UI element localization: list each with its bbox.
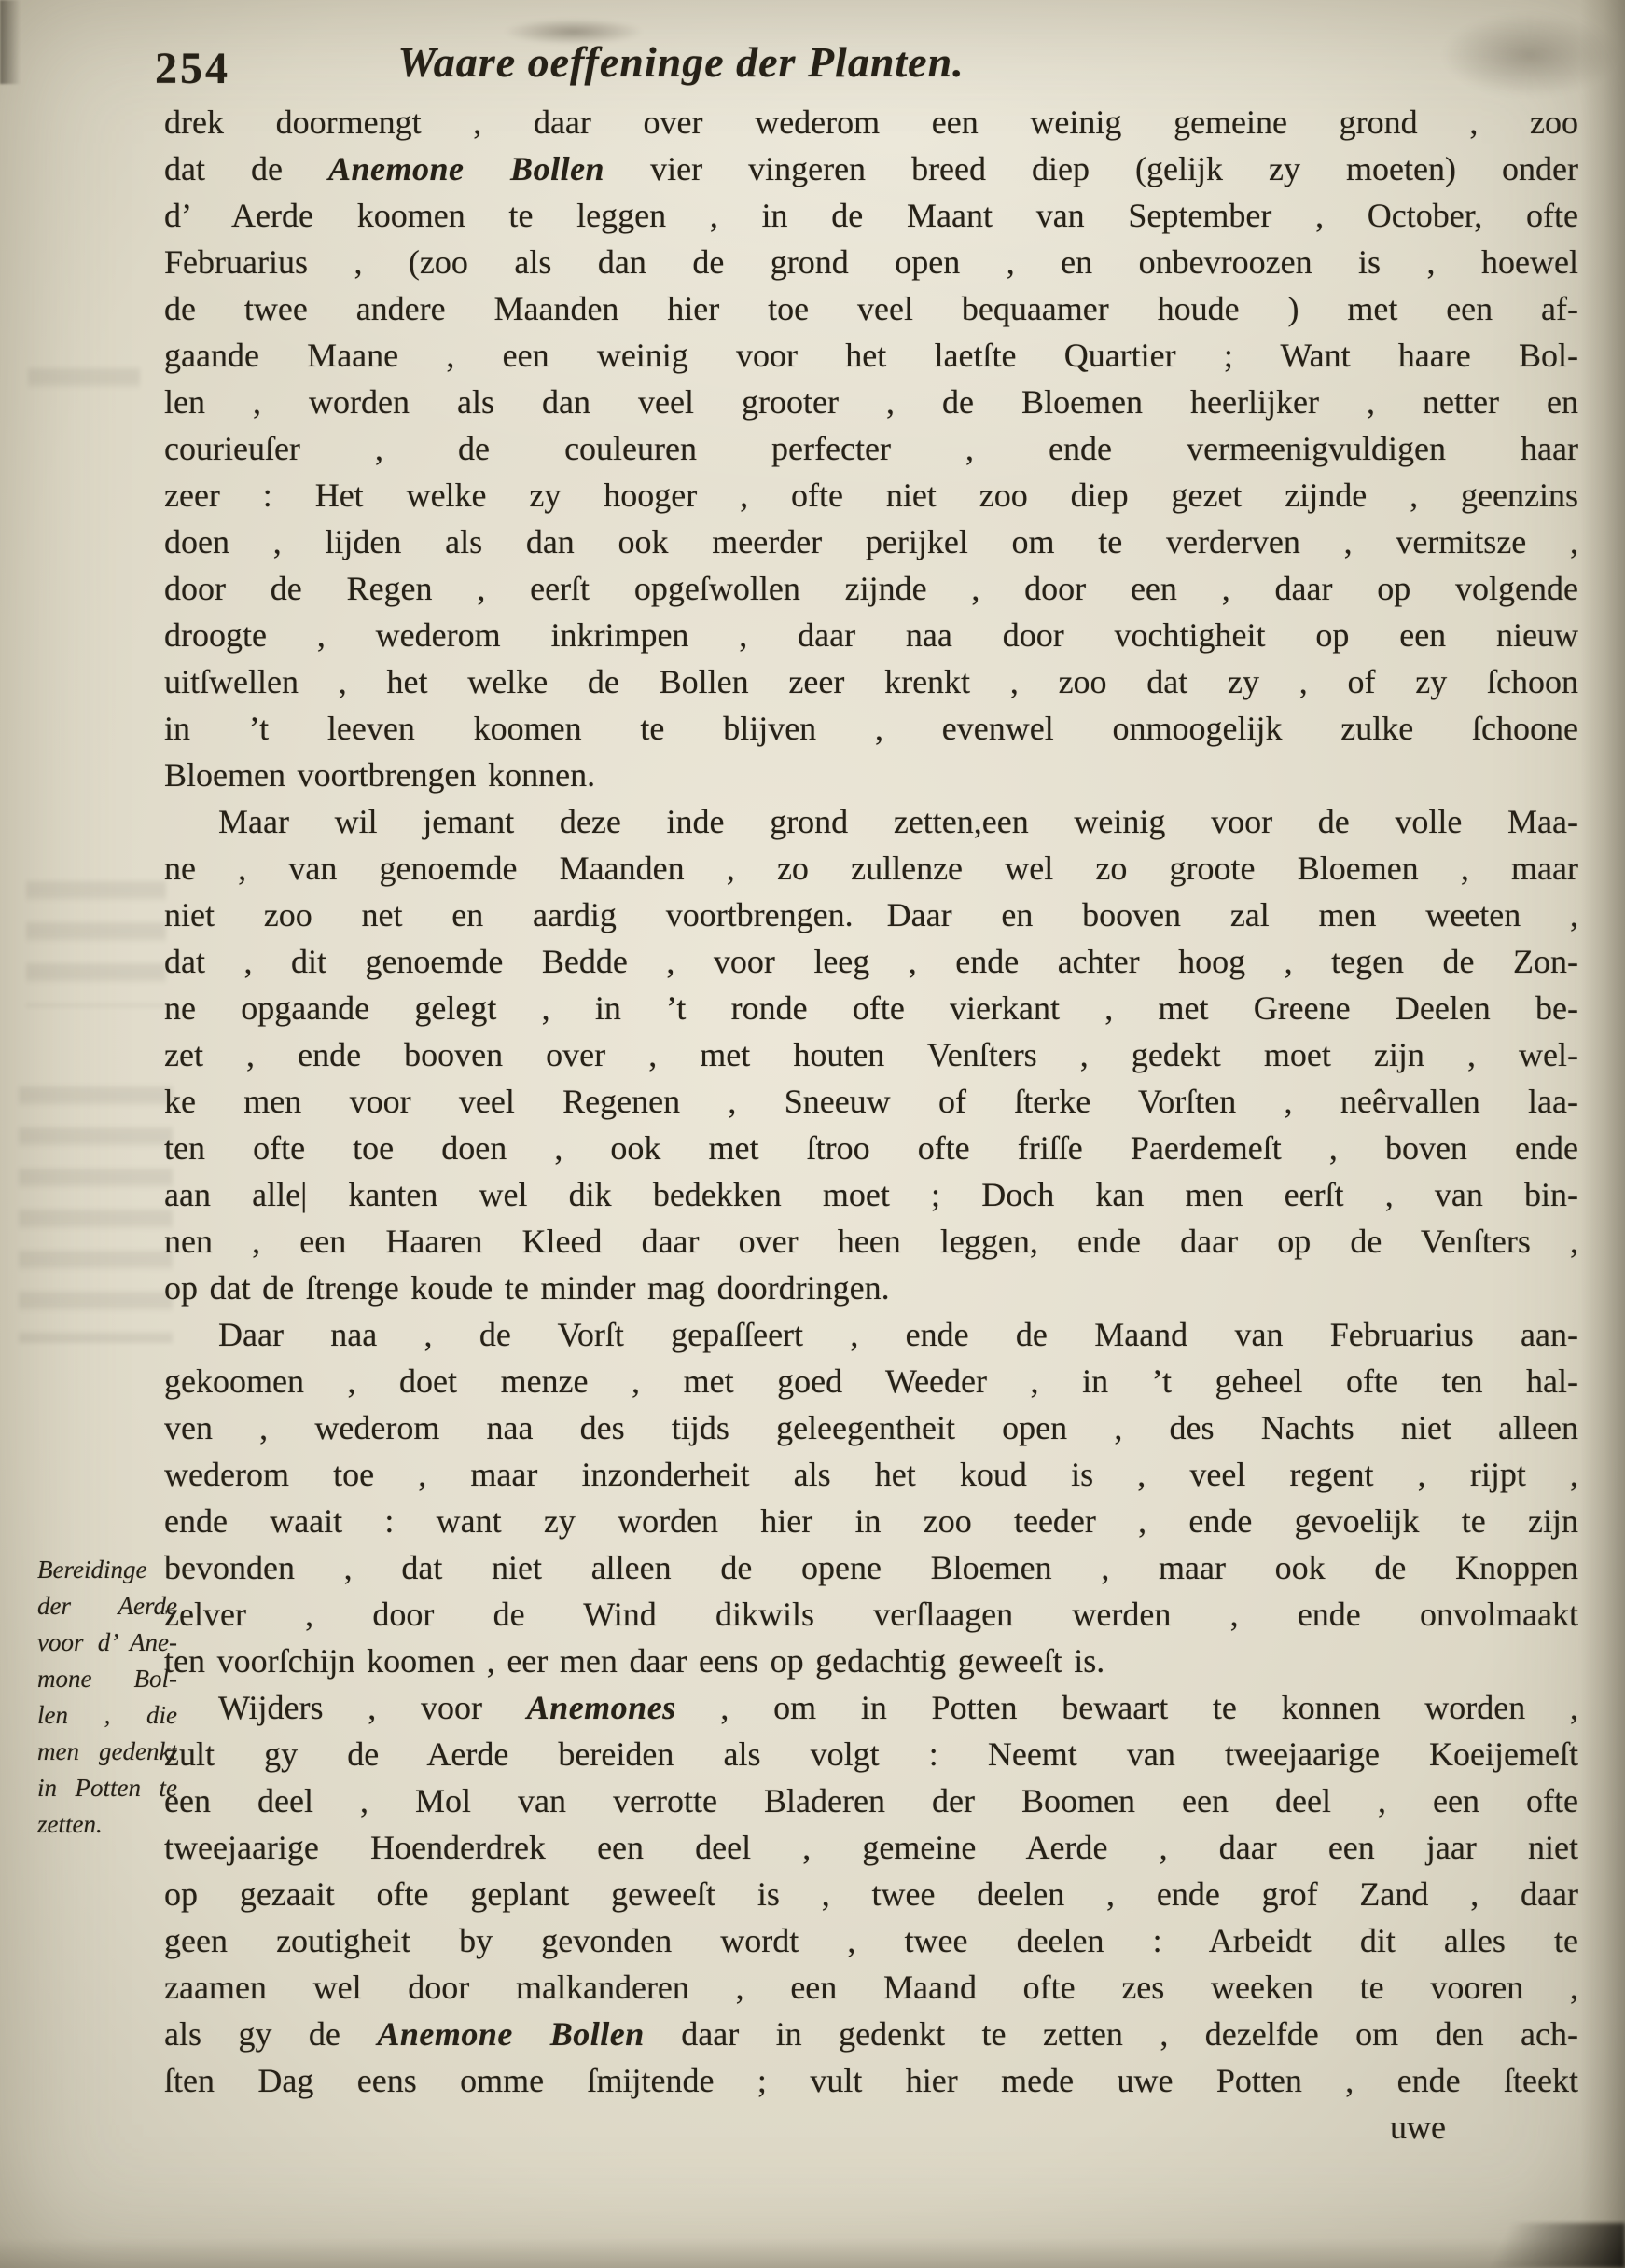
page-number: 254 (155, 43, 230, 94)
text-run: een deel , Mol van verrotte Bladeren der… (164, 1782, 1578, 1819)
body-text: drek doormengt , daar over wederom een w… (164, 99, 1578, 2104)
text-run: zelver , door de Wind dikwils verſlaagen… (164, 1596, 1578, 1633)
body-line: tweejaarige Hoenderdrek een deel , gemei… (164, 1824, 1578, 1871)
body-line: ne , van genoemde Maanden , zo zullenze … (164, 845, 1578, 892)
body-line: ven , wederom naa des tijds geleegenthei… (164, 1404, 1578, 1451)
body-line: door de Regen , eerſt opgeſwollen zijnde… (164, 565, 1578, 612)
body-line: ende waait : want zy worden hier in zoo … (164, 1498, 1578, 1544)
body-line: zaamen wel door malkanderen , een Maand … (164, 1964, 1578, 2011)
catchword: uwe (1259, 2108, 1446, 2147)
body-line: Daar naa , de Vorſt gepaſſeert , ende de… (164, 1311, 1578, 1358)
text-run: wederom toe , maar inzonderheit als het … (164, 1456, 1578, 1493)
text-run: op gezaait ofte geplant geweeſt is , twe… (164, 1875, 1578, 1913)
body-line: courieuſer , de couleuren perfecter , en… (164, 425, 1578, 472)
italic-phrase: Anemones (527, 1689, 676, 1726)
text-run: gaande Maane , een weinig voor het laetſ… (164, 337, 1578, 374)
body-line: gekoomen , doet menze , met goed Weeder … (164, 1358, 1578, 1404)
text-run: uitſwellen , het welke de Bollen zeer kr… (164, 663, 1578, 700)
text-run: door de Regen , eerſt opgeſwollen zijnde… (164, 570, 1578, 607)
text-run: aan alle| kanten wel dik bedekken moet ;… (164, 1176, 1578, 1213)
body-line: ke men voor veel Regenen , Sneeuw of ſte… (164, 1078, 1578, 1125)
text-run: zeer : Het welke zy hooger , ofte niet z… (164, 477, 1578, 514)
margin-note-line: der Aerde (37, 1588, 177, 1625)
bleedthrough-smudge (28, 354, 140, 403)
text-run: courieuſer , de couleuren perfecter , en… (164, 430, 1578, 467)
page-edge-shadow (0, 2238, 1625, 2268)
text-run: Maar wil jemant deze inde grond zetten,e… (218, 803, 1578, 840)
body-line: doen , lijden als dan ook meerder perijk… (164, 519, 1578, 565)
body-line: op dat de ſtrenge koude te minder mag do… (164, 1265, 1578, 1311)
page-edge-shadow (1438, 2223, 1625, 2268)
text-run: daar in gedenkt te zetten , dezelfde om … (645, 2015, 1578, 2053)
italic-phrase: Anemone Bollen (328, 150, 604, 187)
body-line: als gy de Anemone Bollen daar in gedenkt… (164, 2011, 1578, 2057)
body-line: zeer : Het welke zy hooger , ofte niet z… (164, 472, 1578, 519)
text-run: Bloemen voortbrengen konnen. (164, 756, 595, 794)
body-line: droogte , wederom inkrimpen , daar naa d… (164, 612, 1578, 658)
margin-note-line: Bereidinge (37, 1552, 177, 1588)
body-line: niet zoo net en aardig voortbrengen. Daa… (164, 892, 1578, 938)
body-line: een deel , Mol van verrotte Bladeren der… (164, 1777, 1578, 1824)
margin-note-line: men gedenkt (37, 1734, 177, 1770)
text-run: ten ofte toe doen , ook met ſtroo ofte f… (164, 1129, 1578, 1167)
body-line: op gezaait ofte geplant geweeſt is , twe… (164, 1871, 1578, 1917)
text-run: ne , van genoemde Maanden , zo zullenze … (164, 850, 1578, 887)
body-line: aan alle| kanten wel dik bedekken moet ;… (164, 1171, 1578, 1218)
text-run: als gy de (164, 2015, 377, 2053)
page-edge-shadow (1580, 0, 1625, 2268)
body-line: Februarius , (zoo als dan de grond open … (164, 239, 1578, 285)
text-run: niet zoo net en aardig voortbrengen. Daa… (164, 896, 1578, 933)
text-run: zult gy de Aerde bereiden als volgt : Ne… (164, 1736, 1578, 1773)
text-run: op dat de ſtrenge koude te minder mag do… (164, 1269, 890, 1307)
body-line: wederom toe , maar inzonderheit als het … (164, 1451, 1578, 1498)
body-line: Wijders , voor Anemones , om in Potten b… (164, 1684, 1578, 1731)
body-line: zelver , door de Wind dikwils verſlaagen… (164, 1591, 1578, 1638)
text-run: in ’t leeven koomen te blijven , evenwel… (164, 710, 1578, 747)
text-run: geen zoutigheit by gevonden wordt , twee… (164, 1922, 1578, 1959)
body-line: geen zoutigheit by gevonden wordt , twee… (164, 1917, 1578, 1964)
body-line: Maar wil jemant deze inde grond zetten,e… (164, 798, 1578, 845)
body-line: uitſwellen , het welke de Bollen zeer kr… (164, 658, 1578, 705)
body-line: zet , ende booven over , met houten Venſ… (164, 1031, 1578, 1078)
text-run: ven , wederom naa des tijds geleegenthei… (164, 1409, 1578, 1446)
text-run: tweejaarige Hoenderdrek een deel , gemei… (164, 1829, 1578, 1866)
text-run: dat , dit genoemde Bedde , voor leeg , e… (164, 943, 1578, 980)
body-line: d’ Aerde koomen te leggen , in de Maant … (164, 192, 1578, 239)
text-run: gekoomen , doet menze , met goed Weeder … (164, 1362, 1578, 1400)
body-line: de twee andere Maanden hier toe veel beq… (164, 285, 1578, 332)
text-run: droogte , wederom inkrimpen , daar naa d… (164, 616, 1578, 654)
margin-note-line: zetten. (37, 1806, 177, 1843)
bleedthrough-smudge (26, 867, 166, 1007)
text-run: drek doormengt , daar over wederom een w… (164, 104, 1578, 141)
margin-note-line: in Potten te (37, 1770, 177, 1806)
body-line: dat , dit genoemde Bedde , voor leeg , e… (164, 938, 1578, 985)
italic-phrase: Anemone Bollen (377, 2015, 644, 2053)
text-run: de twee andere Maanden hier toe veel beq… (164, 290, 1578, 327)
body-line: ten ofte toe doen , ook met ſtroo ofte f… (164, 1125, 1578, 1171)
text-run: bevonden , dat niet alleen de opene Bloe… (164, 1549, 1578, 1586)
margin-note-line: mone Bol- (37, 1661, 177, 1697)
body-line: ſten Dag eens omme ſmijtende ; vult hier… (164, 2057, 1578, 2104)
text-run: dat de (164, 150, 328, 187)
text-run: ten voorſchijn koomen , eer men daar een… (164, 1642, 1104, 1680)
bleedthrough-smudge (19, 1072, 173, 1343)
text-run: ke men voor veel Regenen , Sneeuw of ſte… (164, 1083, 1578, 1120)
body-line: in ’t leeven koomen te blijven , evenwel… (164, 705, 1578, 752)
margin-note-line: len , die (37, 1697, 177, 1734)
book-page: 254 Waare oeffeninge der Planten. Bereid… (0, 0, 1625, 2268)
text-run: vier vingeren breed diep (gelijk zy moet… (604, 150, 1578, 187)
text-run: len , worden als dan veel grooter , de B… (164, 383, 1578, 421)
body-line: nen , een Haaren Kleed daar over heen le… (164, 1218, 1578, 1265)
margin-note-line: voor d’ Ane- (37, 1625, 177, 1661)
body-line: gaande Maane , een weinig voor het laetſ… (164, 332, 1578, 379)
text-run: ende waait : want zy worden hier in zoo … (164, 1502, 1578, 1540)
text-run: ne opgaande gelegt , in ’t ronde ofte vi… (164, 989, 1578, 1027)
text-run: zet , ende booven over , met houten Venſ… (164, 1036, 1578, 1073)
body-line: ne opgaande gelegt , in ’t ronde ofte vi… (164, 985, 1578, 1031)
body-line: dat de Anemone Bollen vier vingeren bree… (164, 145, 1578, 192)
text-run: nen , een Haaren Kleed daar over heen le… (164, 1223, 1578, 1260)
body-line: Bloemen voortbrengen konnen. (164, 752, 1578, 798)
body-line: ten voorſchijn koomen , eer men daar een… (164, 1638, 1578, 1684)
text-run: doen , lijden als dan ook meerder perijk… (164, 523, 1578, 560)
text-run: d’ Aerde koomen te leggen , in de Maant … (164, 197, 1578, 234)
text-run: ſten Dag eens omme ſmijtende ; vult hier… (164, 2062, 1578, 2099)
body-line: len , worden als dan veel grooter , de B… (164, 379, 1578, 425)
text-run: Daar naa , de Vorſt gepaſſeert , ende de… (218, 1316, 1578, 1353)
text-run: Wijders , voor (218, 1689, 527, 1726)
body-line: zult gy de Aerde bereiden als volgt : Ne… (164, 1731, 1578, 1777)
body-line: bevonden , dat niet alleen de opene Bloe… (164, 1544, 1578, 1591)
text-run: Februarius , (zoo als dan de grond open … (164, 243, 1578, 281)
running-title: Waare oeffeninge der Planten. (280, 37, 1082, 87)
text-run: zaamen wel door malkanderen , een Maand … (164, 1969, 1578, 2006)
margin-note: Bereidingeder Aerdevoor d’ Ane-mone Bol-… (37, 1552, 177, 1843)
body-line: drek doormengt , daar over wederom een w… (164, 99, 1578, 145)
text-run: , om in Potten bewaart te konnen worden … (676, 1689, 1578, 1726)
page-edge-shadow (0, 0, 21, 84)
